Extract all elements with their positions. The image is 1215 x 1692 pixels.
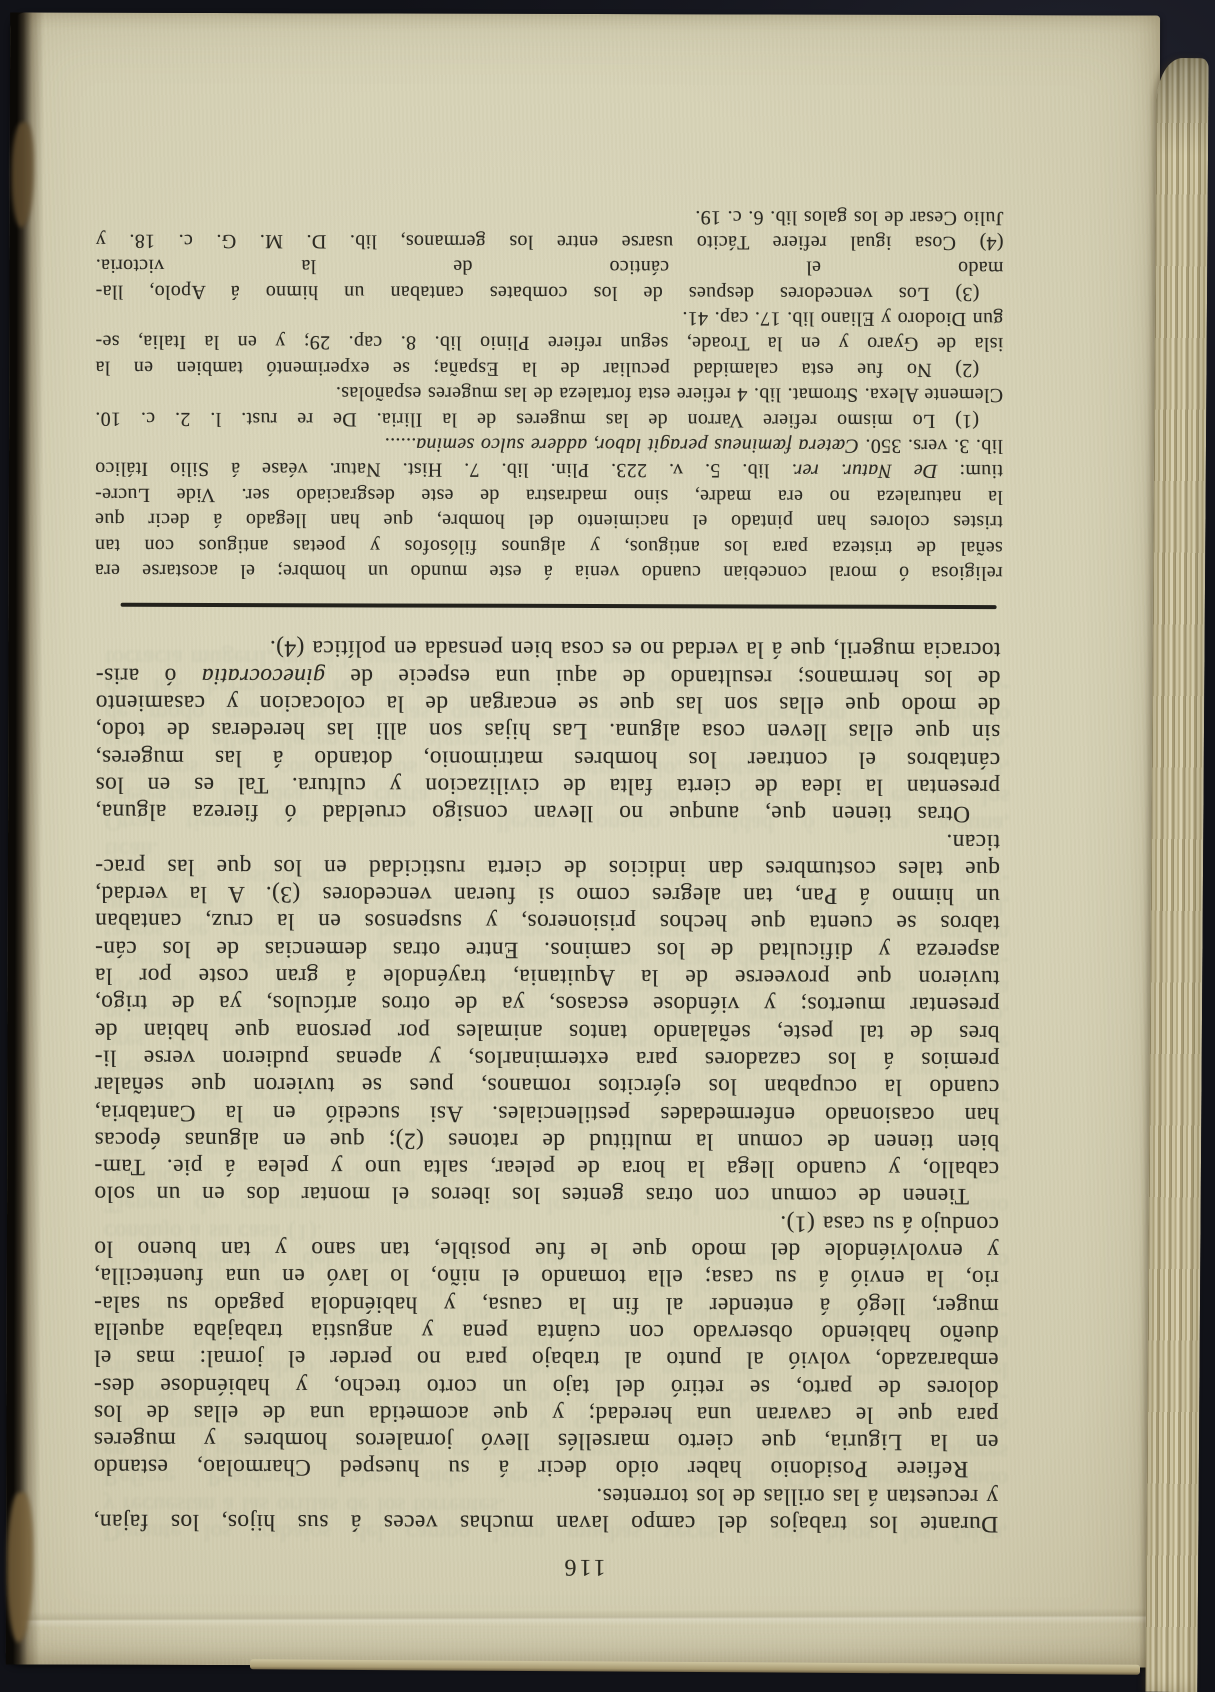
text-line: (1) Lo mismo refiere Varron de las muger… [95, 405, 1003, 433]
text-line: tristes colores han pintado el nacimient… [95, 507, 1003, 535]
page-fore-edge-stack [1145, 58, 1208, 1692]
text-line: rio, la envió á su casa; ella tomando el… [94, 1262, 999, 1292]
text-line: Julio Cesar de los galos lib. 6. c. 19. [96, 202, 1004, 230]
book-page: Durante los trabajos del campo lavan muc… [6, 12, 1160, 1667]
scan-background: Durante los trabajos del campo lavan muc… [0, 0, 1215, 1692]
text-line: señal de tristeza para los antiguos, y a… [95, 532, 1003, 560]
paragraph: Refiere Posidonio haber oido decir á su … [93, 1207, 999, 1482]
page-number: 116 [131, 1552, 1036, 1581]
text-line: Otras tienen que, aunque no llevan consi… [95, 798, 1000, 828]
main-text-column: Durante los trabajos del campo lavan muc… [93, 634, 1000, 1537]
text-line: para que le cavaran una heredad; y que a… [93, 1398, 998, 1428]
text-line: tuvieron que proveerse de la Aquitania, … [95, 961, 1000, 991]
text-line: tican. [95, 825, 1000, 855]
text-line: bien tienen de comun la multitud de rato… [94, 1125, 999, 1155]
text-line: bres de tal peste, señalando tantos anim… [94, 1016, 999, 1046]
paragraph: (3) Los vencedores despues de los combat… [95, 202, 1003, 306]
text-line: lib. 3. vers. 350. Cætera fæmineus perag… [95, 430, 1003, 458]
paragraph: Tienen de comun con otras gentes los ibe… [94, 825, 1000, 1210]
text-line: Refiere Posidonio haber oido decir á su … [93, 1453, 998, 1483]
text-line: dueño habiendo observado con cuánta pena… [94, 1316, 999, 1346]
text-line: embarazado, volvió al punto al trabajo p… [94, 1344, 999, 1374]
text-line: (4) Cosa igual refiere Tácito usarse ent… [96, 227, 1004, 255]
text-line: Clemente Alexa. Stromat. lib. 4 refiere … [95, 380, 1003, 408]
text-line: y recuestan á las orillas de los torrent… [93, 1480, 998, 1510]
text-line: de los hermanos; resultando de aqui una … [95, 661, 1000, 691]
text-line: tocracia mugeril, que á la verdad no es … [95, 634, 1000, 664]
paragraph: (1) Lo mismo refiere Varron de las muger… [95, 380, 1003, 433]
footnote-column: religiosa ó moral concebian cuando venia… [95, 202, 1004, 585]
text-line: isla de Gyaro y en la Troade, segun refi… [95, 329, 1003, 357]
text-line: presentar muertos; y viéndose escasos, y… [95, 989, 1000, 1019]
paragraph: Otras tienen que, aunque no llevan consi… [95, 634, 1000, 827]
text-line: Durante los trabajos del campo lavan muc… [93, 1507, 998, 1537]
text-line: y envolviéndole del modo que le fue posi… [94, 1234, 999, 1264]
text-line: mado el cántico de la victoria. [95, 253, 1003, 281]
text-line: de modo que ellas son las que se encarga… [95, 689, 1000, 719]
text-line: Tienen de comun con otras gentes los ibe… [94, 1180, 999, 1210]
text-line: presentan la idea de cierta falta de civ… [95, 770, 1000, 800]
text-line: cuando la ocupaban los ejércitos romanos… [94, 1071, 999, 1101]
text-line: tabros se cuenta que hechos prisioneros,… [95, 907, 1000, 937]
text-line: en la Liguria, que cierto marsellés llev… [93, 1426, 998, 1456]
text-line: (3) Los vencedores despues de los combat… [95, 278, 1003, 306]
paragraph: (2) No fue esta calamidad peculiar de la… [95, 303, 1003, 382]
text-line: han ocasionado enfermedades pestilencial… [94, 1098, 999, 1128]
text-line: condujo á su casa (1). [94, 1207, 999, 1237]
paragraph: religiosa ó moral concebian cuando venia… [95, 430, 1003, 585]
footnote-separator-rule [121, 603, 997, 609]
book-gutter [6, 12, 44, 1664]
text-line: (2) No fue esta calamidad peculiar de la… [95, 354, 1003, 382]
text-line: caballo, y cuando llega la hora de pelea… [94, 1153, 999, 1183]
text-line: premios á los cazadores para exterminarl… [94, 1043, 999, 1073]
text-line: tium: De Natur. rer. lib. 5. v. 223. Pli… [95, 456, 1003, 484]
text-line: un himno á Pan, tan alegres como si fuer… [95, 880, 1000, 910]
rotated-page-content: Durante los trabajos del campo lavan muc… [6, 12, 1160, 1667]
text-line: dolores de parto, se retiró del tajo un … [94, 1371, 999, 1401]
text-line: gun Diodoro y Eliano lib. 17. cap. 41. [95, 303, 1003, 331]
text-line: cántabros el contraer los hombres matrim… [95, 743, 1000, 773]
text-line: sin que ellas lleven cosa alguna. Las hi… [95, 716, 1000, 746]
text-line: aspereza y dificultad de los caminos. En… [95, 934, 1000, 964]
text-line: la naturaleza no era madre, sino madrast… [95, 481, 1003, 509]
text-line: muger, llegó á entender al fin la causa,… [94, 1289, 999, 1319]
text-line: religiosa ó moral concebian cuando venia… [95, 557, 1003, 585]
paragraph: Durante los trabajos del campo lavan muc… [93, 1480, 998, 1537]
text-line: que tales costumbres dan indicios de cie… [95, 852, 1000, 882]
